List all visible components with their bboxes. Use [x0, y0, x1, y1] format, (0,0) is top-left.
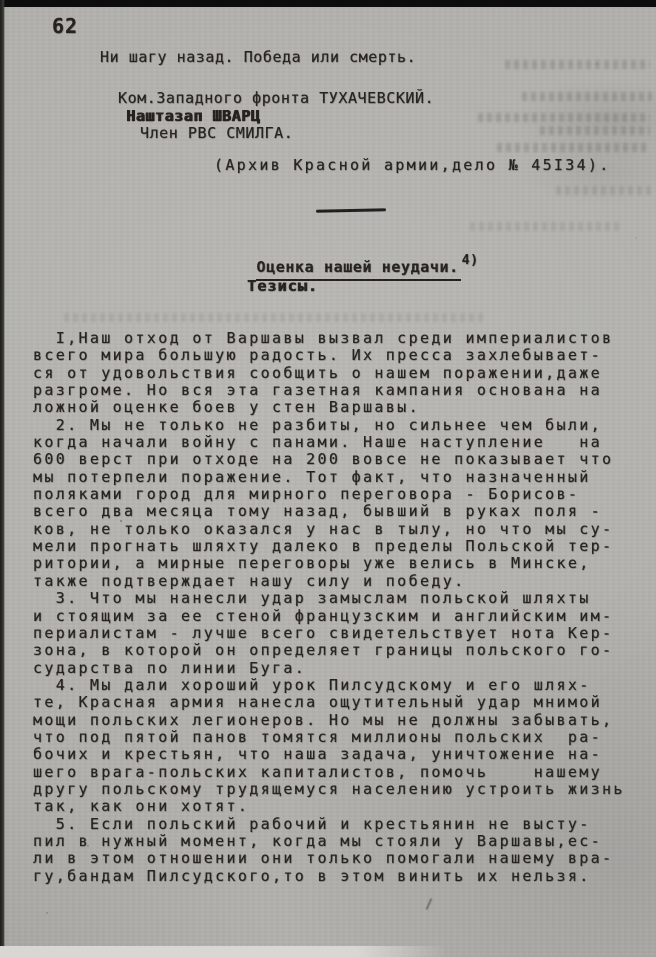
text-line: мы потерпели поражение. Тот факт, что на…	[33, 469, 639, 486]
bleedthrough-smudge	[478, 113, 650, 122]
bleedthrough-smudge	[64, 313, 484, 322]
section-divider	[316, 208, 386, 212]
text-line: всего два месяца тому назад, бывший в ру…	[33, 503, 639, 520]
text-line: гу,бандам Пилсудского,то в этом винить и…	[33, 868, 639, 885]
text-line: I,Наш отход от Варшавы вызвал среди импе…	[33, 330, 639, 347]
text-line: 4. Мы дали хороший урок Пилсудскому и ег…	[33, 677, 639, 694]
text-line: периалистам - лучше всего свидетельствуе…	[33, 625, 639, 642]
text-line: мели прогнать шляхту далеко в пределы По…	[33, 538, 639, 555]
text-line: всего мира большую радость. Их пресса за…	[33, 347, 639, 364]
pen-mark	[426, 898, 433, 910]
archive-reference: (Архив Красной армии,дело № 45I34).	[214, 156, 611, 174]
scan-edge-top	[0, 0, 656, 7]
text-line: шего врага-польских капиталистов, помочь…	[33, 764, 639, 781]
text-line: так, как они хотят.	[33, 798, 639, 815]
page-number: 62	[52, 14, 78, 38]
section-subtitle: Тезисы.	[247, 277, 318, 295]
text-line: ли в этом отношении они только помогали …	[33, 850, 639, 867]
scanned-page: 62 Ни шагу назад. Победа или смерть. Ком…	[0, 0, 656, 957]
bleedthrough-smudge	[470, 222, 620, 231]
bleedthrough-smudge	[505, 60, 650, 69]
bleedthrough-smudge	[522, 92, 652, 101]
scan-edge-left	[0, 0, 5, 957]
text-line: 2. Мы не только не разбиты, но сильнее ч…	[33, 417, 639, 434]
signature-rvs-member: Член РВС СМИЛГА.	[140, 124, 293, 142]
bleedthrough-smudge	[497, 143, 650, 152]
text-line: 3. Что мы нанесли удар замыслам польской…	[33, 590, 639, 607]
text-line: бочих и крестьян, что наша задача, уничт…	[33, 746, 639, 763]
text-line: те, Красная армия нанесла ощутительный у…	[33, 694, 639, 711]
order-slogan: Ни шагу назад. Победа или смерть.	[100, 48, 416, 66]
text-line: что под пятой панов томятся миллионы пол…	[33, 729, 639, 746]
bleedthrough-smudge	[540, 126, 650, 135]
text-line: мощи польских легионеров. Но мы не должн…	[33, 712, 639, 729]
text-line: разгроме. Но вся эта газетная кампания о…	[33, 382, 639, 399]
body-text: I,Наш отход от Варшавы вызвал среди импе…	[33, 330, 639, 885]
text-line: и стоящим за ее стеной французским и анг…	[33, 608, 639, 625]
signature-chief-of-staff: Наштазап ШВАРЦ	[126, 107, 260, 125]
text-line: также подтверждает нашу силу и победу.	[33, 573, 639, 590]
text-line: 600 верст при отходе на 200 вовсе не пок…	[33, 451, 639, 468]
text-line: зона, в которой он определяет границы по…	[33, 642, 639, 659]
text-line: пил в нужный момент, когда мы стояли у В…	[33, 833, 639, 850]
footnote-mark: 4)	[462, 253, 479, 268]
text-line: поляками город для мирного переговора - …	[33, 486, 639, 503]
text-line: другу польскому трудящемуся населению ус…	[33, 781, 639, 798]
text-line: ся от удовольствия сообщить о нашем пора…	[33, 365, 639, 382]
text-line: когда начали войну с панами. Наше наступ…	[33, 434, 639, 451]
bleedthrough-smudge	[556, 186, 651, 195]
scan-edge-bottom	[0, 946, 446, 957]
text-line: 5. Если польский рабочий и крестьянин не…	[33, 816, 639, 833]
text-line: ков, не только оказался у нас в тылу, но…	[33, 521, 639, 538]
signature-commander: Ком.Западного фронта ТУХАЧЕВСКИЙ.	[118, 89, 434, 107]
text-line: сударства по линии Буга.	[33, 660, 639, 677]
text-line: ложной оценке боев у стен Варшавы.	[33, 399, 639, 416]
text-line: ритории, а мирные переговоры уже велись …	[33, 555, 639, 572]
